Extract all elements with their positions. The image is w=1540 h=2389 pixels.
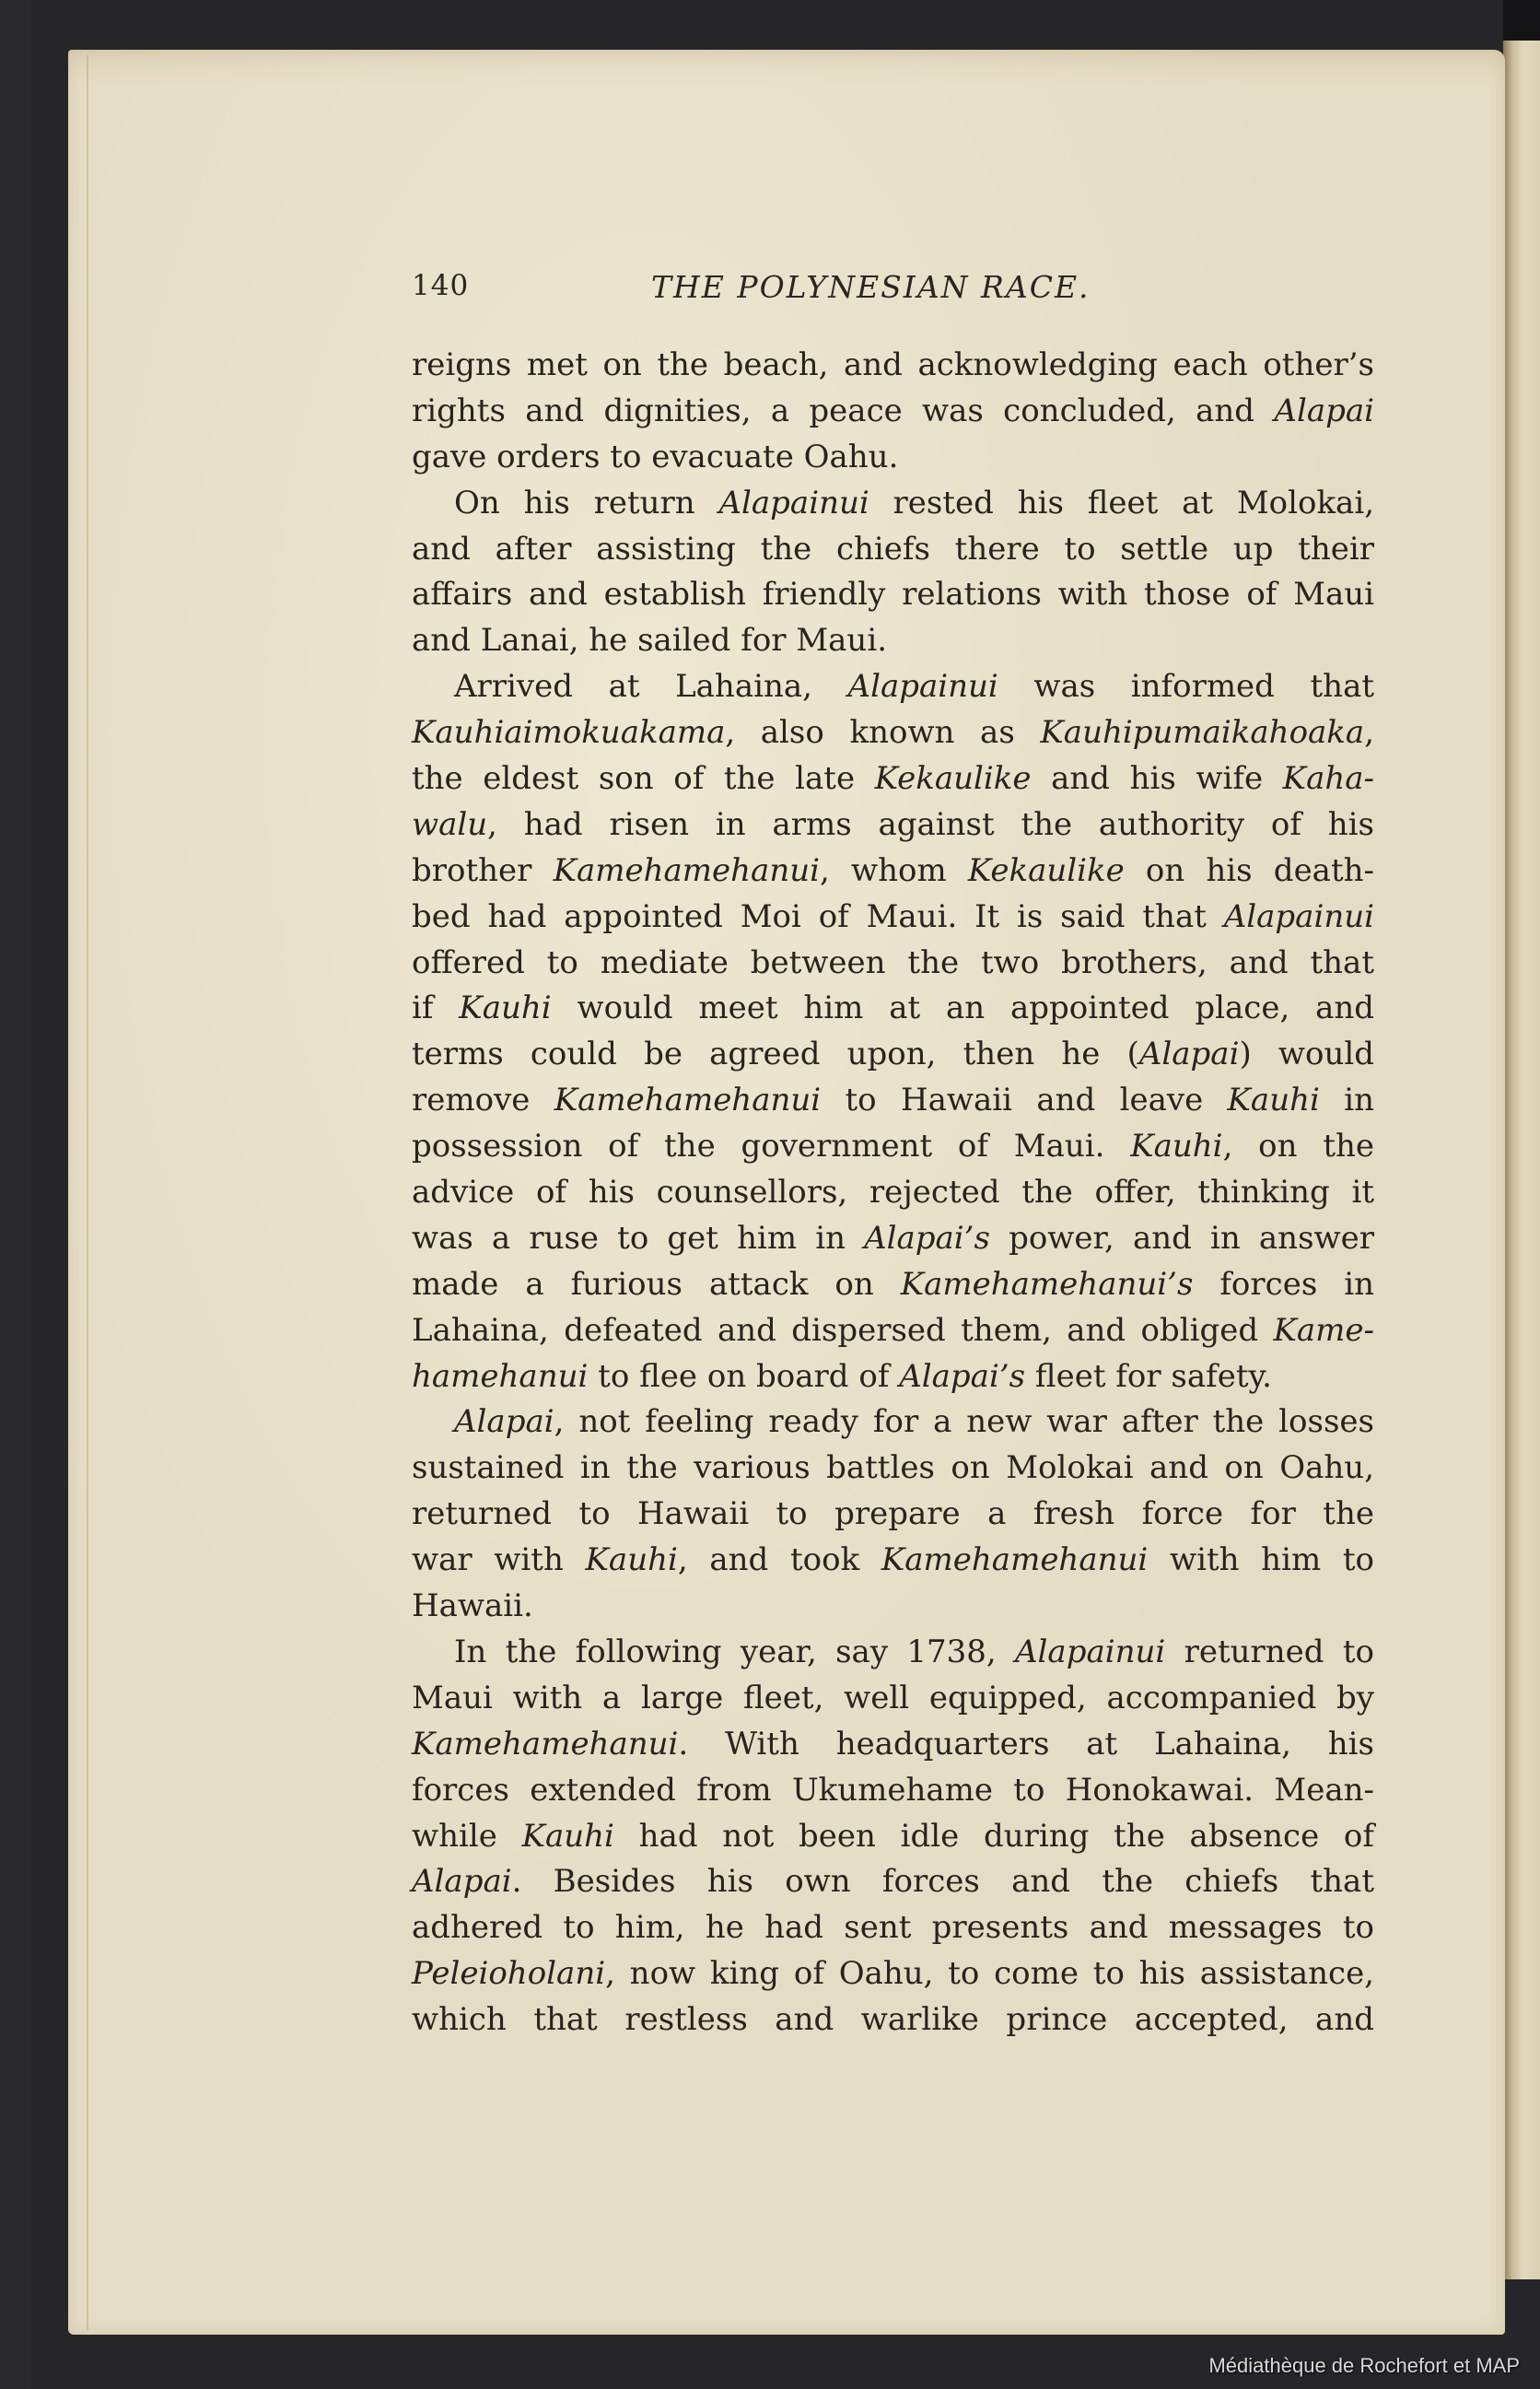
text-run: Maui with a large fleet, well equipped, … [412, 1680, 1374, 1716]
text-run: , also known as [725, 714, 1040, 751]
text-line: affairs and establish friendly relations… [412, 572, 1374, 618]
text-line: remove Kamehamehanui to Hawaii and leave… [412, 1078, 1374, 1124]
italic-name: Kamehamehanui [881, 1541, 1148, 1578]
text-run: which that restless and warlike prince a… [412, 2001, 1374, 2038]
text-line: which that restless and warlike prince a… [412, 1997, 1374, 2044]
text-run: possession of the government of Maui. [412, 1128, 1130, 1165]
italic-name: Alapai [1139, 1036, 1240, 1072]
text-line: war with Kauhi, and took Kamehamehanui w… [412, 1538, 1374, 1584]
italic-name: Alapainui [1015, 1634, 1165, 1670]
text-line: rights and dignities, a peace was conclu… [412, 389, 1374, 435]
text-run: was a ruse to get him in [412, 1220, 864, 1257]
scan-backdrop [0, 0, 31, 2389]
text-run: advice of his counsellors, rejected the … [412, 1174, 1374, 1211]
page-fold-line [87, 55, 88, 2331]
text-run: and Lanai, he sailed for Maui. [412, 622, 887, 659]
text-run: and his wife [1032, 760, 1283, 797]
text-run: made a furious attack on [412, 1266, 901, 1303]
text-line: reigns met on the beach, and acknowledgi… [412, 343, 1374, 389]
italic-name: Kauhi [1130, 1128, 1222, 1165]
text-line: hamehanui to flee on board of Alapai’s f… [412, 1354, 1374, 1400]
text-run: Arrived at Lahaina, [454, 668, 848, 705]
text-line: Kauhiaimokuakama, also known as Kauhipum… [412, 710, 1374, 756]
text-line: and after assisting the chiefs there to … [412, 527, 1374, 573]
text-line: Peleioholani, now king of Oahu, to come … [412, 1951, 1374, 1997]
italic-name: Kamehamehanui [554, 852, 820, 889]
running-title: THE POLYNESIAN RACE. [651, 269, 1091, 305]
next-page-edge [1503, 41, 1540, 2279]
text-run: reigns met on the beach, and acknowledgi… [412, 346, 1374, 383]
italic-name: walu [412, 806, 487, 843]
text-run: on his death- [1125, 852, 1374, 889]
italic-name: Kamehamehanui’s [901, 1266, 1194, 1303]
text-line: Lahaina, defeated and dispersed them, an… [412, 1308, 1374, 1354]
italic-name: Peleioholani [412, 1955, 605, 1992]
text-line: Maui with a large fleet, well equipped, … [412, 1676, 1374, 1722]
text-line: Hawaii. [412, 1584, 1374, 1630]
text-run: rights and dignities, a peace was conclu… [412, 392, 1274, 429]
text-run: returned to [1165, 1634, 1374, 1670]
text-run: sustained in the various battles on Molo… [412, 1449, 1374, 1486]
text-line: returned to Hawaii to prepare a fresh fo… [412, 1492, 1374, 1538]
italic-name: Kamehamehanui [412, 1726, 678, 1762]
text-run: . With headquarters at Lahaina, his [678, 1726, 1374, 1762]
text-run: returned to Hawaii to prepare a fresh fo… [412, 1495, 1374, 1532]
text-run: had not been idle during the absence of [614, 1818, 1374, 1855]
text-line: Alapai. Besides his own forces and the c… [412, 1859, 1374, 1905]
running-header: 140 THE POLYNESIAN RACE. [412, 269, 1374, 315]
text-line: Kamehamehanui. With headquarters at Laha… [412, 1722, 1374, 1768]
italic-name: Alapai [412, 1863, 512, 1900]
text-run: On his return [454, 485, 718, 521]
text-run: bed had appointed Moi of Maui. It is sai… [412, 898, 1224, 935]
text-run: to Hawaii and leave [821, 1082, 1227, 1118]
text-run: war with [412, 1541, 586, 1578]
text-run: and after assisting the chiefs there to … [412, 531, 1374, 568]
italic-name: Alapainui [848, 668, 998, 705]
text-line: while Kauhi had not been idle during the… [412, 1814, 1374, 1860]
italic-name: Alapai’s [899, 1358, 1025, 1395]
text-run: while [412, 1818, 522, 1855]
italic-name: Kauhi [586, 1541, 678, 1578]
text-run: in [1320, 1082, 1374, 1118]
text-run: adhered to him, he had sent presents and… [412, 1909, 1374, 1946]
text-run: with him to [1148, 1541, 1374, 1578]
text-line: adhered to him, he had sent presents and… [412, 1905, 1374, 1951]
text-line: possession of the government of Maui. Ka… [412, 1124, 1374, 1170]
text-run: power, and in answer [990, 1220, 1374, 1257]
watermark-credit: Médiathèque de Rochefort et MAP [1208, 2354, 1520, 2378]
text-line: if Kauhi would meet him at an appointed … [412, 986, 1374, 1032]
italic-name: Kamehamehanui [554, 1082, 821, 1118]
italic-name: Alapai [1274, 392, 1374, 429]
text-line: forces extended from Ukumehame to Honoka… [412, 1768, 1374, 1814]
italic-name: Kaha- [1283, 760, 1374, 797]
text-line: was a ruse to get him in Alapai’s power,… [412, 1216, 1374, 1262]
text-run: , not feeling ready for a new war after … [554, 1403, 1374, 1440]
text-line: bed had appointed Moi of Maui. It is sai… [412, 895, 1374, 941]
text-run: was informed that [998, 668, 1374, 705]
text-run: would meet him at an appointed place, an… [552, 990, 1374, 1026]
text-line: advice of his counsellors, rejected the … [412, 1170, 1374, 1216]
text-run: , on the [1223, 1128, 1374, 1165]
italic-name: Kauhi [1228, 1082, 1320, 1118]
text-run: , now king of Oahu, to come to his assis… [605, 1955, 1374, 1992]
italic-name: Kauhi [459, 990, 551, 1026]
text-run: offered to mediate between the two broth… [412, 944, 1374, 981]
text-run: forces in [1193, 1266, 1374, 1303]
text-run: affairs and establish friendly relations… [412, 576, 1374, 613]
text-line: sustained in the various battles on Molo… [412, 1446, 1374, 1492]
text-run: fleet for safety. [1025, 1358, 1272, 1395]
text-line: On his return Alapainui rested his fleet… [412, 481, 1374, 527]
text-run: brother [412, 852, 554, 889]
italic-name: Kame- [1273, 1312, 1374, 1349]
text-line: the eldest son of the late Kekaulike and… [412, 756, 1374, 802]
text-run: rested his fleet at Molokai, [869, 485, 1374, 521]
text-run: ) would [1239, 1036, 1374, 1072]
italic-name: Kekaulike [968, 852, 1125, 889]
text-line: offered to mediate between the two broth… [412, 941, 1374, 987]
text-run: terms could be agreed upon, then he ( [412, 1036, 1139, 1072]
italic-name: Alapai [454, 1403, 554, 1440]
text-run: forces extended from Ukumehame to Honoka… [412, 1772, 1374, 1809]
text-line: brother Kamehamehanui, whom Kekaulike on… [412, 849, 1374, 895]
text-run: remove [412, 1082, 554, 1118]
italic-name: Alapai’s [864, 1220, 990, 1257]
italic-name: Kauhiaimokuakama [412, 714, 725, 751]
italic-name: Kauhi [522, 1818, 614, 1855]
text-run: In the following year, say 1738, [454, 1634, 1015, 1670]
text-run: , had risen in arms against the authorit… [487, 806, 1374, 843]
text-run: gave orders to evacuate Oahu. [412, 439, 898, 475]
text-run: to flee on board of [588, 1358, 899, 1395]
italic-name: Alapainui [1224, 898, 1374, 935]
text-line: terms could be agreed upon, then he (Ala… [412, 1032, 1374, 1078]
text-run: , whom [820, 852, 968, 889]
text-run: , [1364, 714, 1374, 751]
text-line: made a furious attack on Kamehamehanui’s… [412, 1262, 1374, 1308]
italic-name: Kauhipumaikahoaka [1040, 714, 1364, 751]
text-line: walu, had risen in arms against the auth… [412, 802, 1374, 849]
text-line: In the following year, say 1738, Alapain… [412, 1630, 1374, 1676]
body-text: reigns met on the beach, and acknowledgi… [412, 343, 1374, 2044]
text-run: . Besides his own forces and the chiefs … [512, 1863, 1374, 1900]
page-number: 140 [412, 269, 469, 302]
italic-name: hamehanui [412, 1358, 588, 1395]
text-run: if [412, 990, 459, 1026]
text-line: Arrived at Lahaina, Alapainui was inform… [412, 664, 1374, 710]
text-line: Alapai, not feeling ready for a new war … [412, 1399, 1374, 1446]
text-run: Lahaina, defeated and dispersed them, an… [412, 1312, 1273, 1349]
text-run: Hawaii. [412, 1587, 533, 1624]
italic-name: Alapainui [718, 485, 869, 521]
italic-name: Kekaulike [875, 760, 1032, 797]
text-line: and Lanai, he sailed for Maui. [412, 618, 1374, 664]
text-run: the eldest son of the late [412, 760, 875, 797]
text-line: gave orders to evacuate Oahu. [412, 435, 1374, 481]
text-run: , and took [678, 1541, 881, 1578]
scan-backdrop-corner [1503, 0, 1540, 42]
